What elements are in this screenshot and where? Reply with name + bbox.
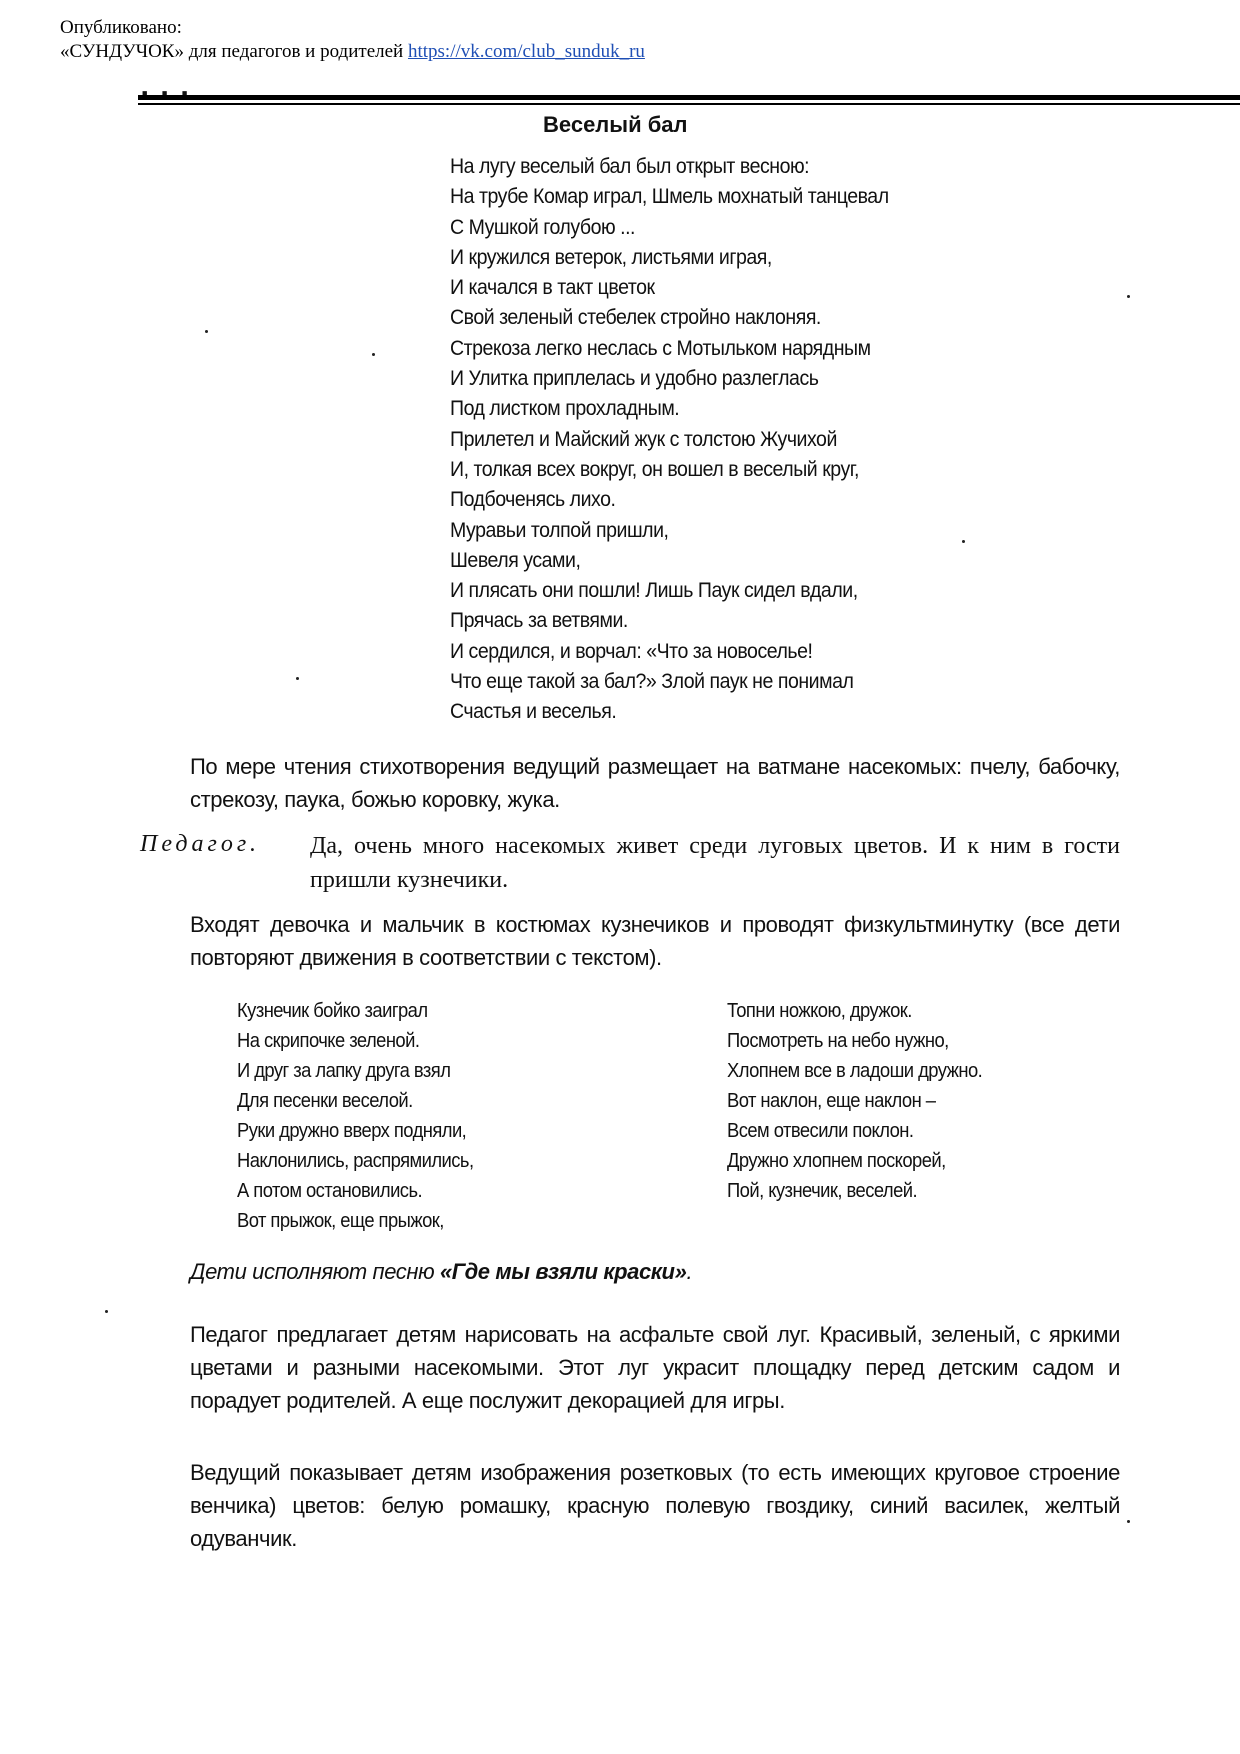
poem-line: И сердился, и ворчал: «Что за новоселье! bbox=[450, 637, 889, 667]
exercise-line: Дружно хлопнем поскорей, bbox=[727, 1146, 982, 1176]
poem-line: Прячась за ветвями. bbox=[450, 606, 889, 636]
exercise-line: Посмотреть на небо нужно, bbox=[727, 1026, 982, 1056]
exercise-line: На скрипочке зеленой. bbox=[237, 1026, 474, 1056]
header-rule-thin bbox=[138, 103, 1240, 105]
publication-header: Опубликовано: «СУНДУЧОК» для педагогов и… bbox=[60, 16, 645, 64]
song-suffix: . bbox=[686, 1259, 692, 1284]
poem-title: Веселый бал bbox=[543, 112, 688, 138]
poem-line: И качался в такт цветок bbox=[450, 273, 889, 303]
scan-speck bbox=[105, 1310, 108, 1313]
poem-line: Шевеля усами, bbox=[450, 546, 889, 576]
exercise-poem-left-column: Кузнечик бойко заиграл На скрипочке зеле… bbox=[237, 996, 474, 1236]
paragraph-grasshoppers: Входят девочка и мальчик в костюмах кузн… bbox=[190, 908, 1120, 974]
exercise-line: Пой, кузнечик, веселей. bbox=[727, 1176, 982, 1206]
song-instruction: Дети исполняют песню «Где мы взяли краск… bbox=[190, 1259, 692, 1285]
poem-line: Счастья и веселья. bbox=[450, 697, 889, 727]
scan-speck bbox=[296, 677, 299, 680]
exercise-poem-right-column: Топни ножкою, дружок. Посмотреть на небо… bbox=[727, 996, 982, 1206]
poem-line: С Мушкой голубою ... bbox=[450, 213, 889, 243]
exercise-line: Кузнечик бойко заиграл bbox=[237, 996, 474, 1026]
scan-speck bbox=[1127, 295, 1130, 298]
song-title: «Где мы взяли краски» bbox=[440, 1259, 686, 1284]
poem-line: Что еще такой за бал?» Злой паук не пони… bbox=[450, 667, 889, 697]
poem-line: И, толкая всех вокруг, он вошел в веселы… bbox=[450, 455, 889, 485]
poem-line: Муравьи толпой пришли, bbox=[450, 516, 889, 546]
source-text: «СУНДУЧОК» для педагогов и родителей bbox=[60, 41, 403, 62]
published-label: Опубликовано: bbox=[60, 16, 645, 40]
paragraph-drawing: Педагог предлагает детям нарисовать на а… bbox=[190, 1318, 1120, 1417]
paragraph-flowers: Ведущий показывает детям изображения роз… bbox=[190, 1456, 1120, 1555]
poem-line: Стрекоза легко неслась с Мотыльком наряд… bbox=[450, 334, 889, 364]
exercise-line: Руки дружно вверх подняли, bbox=[237, 1116, 474, 1146]
source-link[interactable]: https://vk.com/club_sunduk_ru bbox=[408, 41, 645, 62]
poem-line: И плясать они пошли! Лишь Паук сидел вда… bbox=[450, 576, 889, 606]
scan-speck bbox=[962, 540, 965, 543]
exercise-line: Наклонились, распрямились, bbox=[237, 1146, 474, 1176]
speaker-label: Педагог. bbox=[140, 831, 260, 858]
scan-speck bbox=[372, 353, 375, 356]
song-prefix: Дети исполняют песню bbox=[190, 1259, 440, 1284]
poem-line: Свой зеленый стебелек стройно наклоняя. bbox=[450, 303, 889, 333]
poem-line: Под листком прохладным. bbox=[450, 394, 889, 424]
scan-speck bbox=[1127, 1520, 1130, 1523]
poem-line: И кружился ветерок, листьями играя, bbox=[450, 243, 889, 273]
speaker-text: Да, очень много насекомых живет среди лу… bbox=[310, 829, 1120, 897]
exercise-line: Всем отвесили поклон. bbox=[727, 1116, 982, 1146]
header-rule bbox=[138, 95, 1240, 100]
scan-speck bbox=[205, 330, 208, 333]
poem-line: Подбоченясь лихо. bbox=[450, 485, 889, 515]
exercise-line: Вот наклон, еще наклон – bbox=[727, 1086, 982, 1116]
exercise-line: Хлопнем все в ладоши дружно. bbox=[727, 1056, 982, 1086]
exercise-line: И друг за лапку друга взял bbox=[237, 1056, 474, 1086]
poem-line: На лугу веселый бал был открыт весною: bbox=[450, 152, 889, 182]
paragraph-insects: По мере чтения стихотворения ведущий раз… bbox=[190, 750, 1120, 816]
poem-line: На трубе Комар играл, Шмель мохнатый тан… bbox=[450, 182, 889, 212]
exercise-line: Топни ножкою, дружок. bbox=[727, 996, 982, 1026]
exercise-line: Для песенки веселой. bbox=[237, 1086, 474, 1116]
source-line: «СУНДУЧОК» для педагогов и родителей htt… bbox=[60, 40, 645, 64]
exercise-line: А потом остановились. bbox=[237, 1176, 474, 1206]
poem-line: Прилетел и Майский жук с толстою Жучихой bbox=[450, 425, 889, 455]
poem-line: И Улитка приплелась и удобно разлеглась bbox=[450, 364, 889, 394]
poem-body: На лугу веселый бал был открыт весною: Н… bbox=[450, 152, 889, 728]
exercise-line: Вот прыжок, еще прыжок, bbox=[237, 1206, 474, 1236]
